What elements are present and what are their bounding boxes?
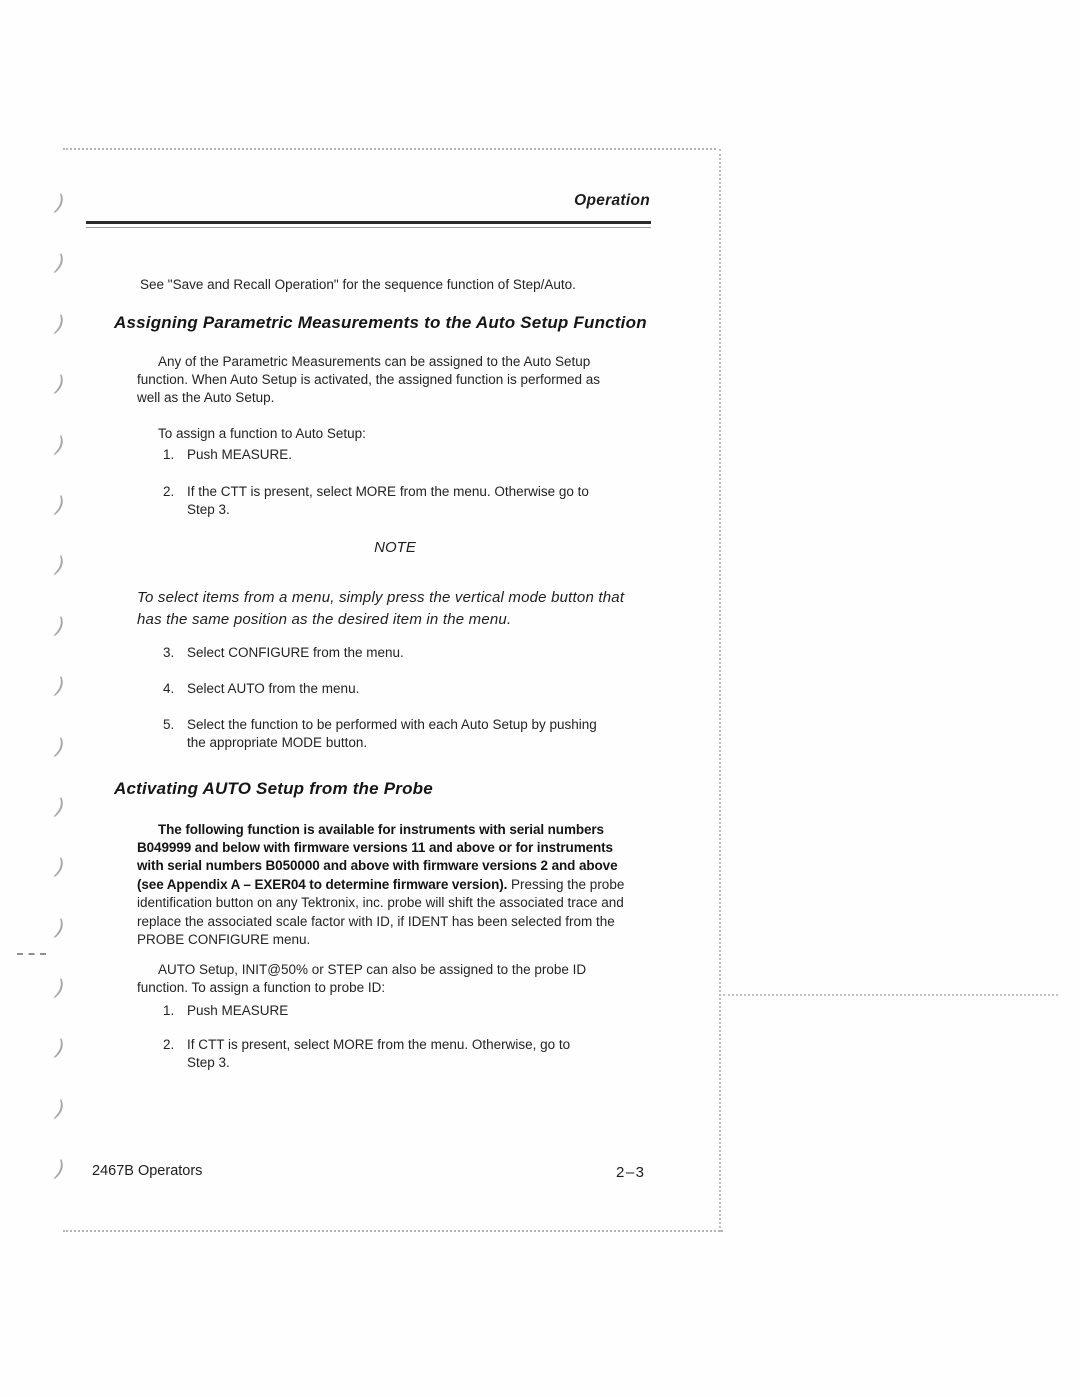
list-item-number: 3. — [163, 644, 187, 662]
scan-artifact-mark: ) — [55, 433, 78, 460]
list-item-number: 2. — [163, 1036, 187, 1054]
scan-artifact-mark: ) — [55, 251, 78, 278]
list-item-number: 2. — [163, 483, 187, 501]
list-item-number: 1. — [163, 1002, 187, 1020]
list-item-text: Push MEASURE. — [187, 446, 665, 464]
section1-lead-in: To assign a function to Auto Setup: — [158, 425, 638, 443]
list-item-text: Push MEASURE — [187, 1002, 665, 1020]
scan-artifact-mark: ) — [55, 916, 78, 943]
section1-paragraph: Any of the Parametric Measurements can b… — [137, 353, 677, 408]
scan-artifact-mark: ) — [55, 795, 78, 822]
scan-artifact-mark: ) — [55, 493, 78, 520]
scan-artifact-mark: ) — [55, 855, 78, 882]
list-item: 5.Select the function to be performed wi… — [163, 716, 665, 751]
list-item-text: Select the function to be performed with… — [187, 716, 665, 751]
scan-artifact-dash — [17, 953, 46, 955]
page-header-title: Operation — [86, 192, 650, 210]
list-item: 2.If CTT is present, select MORE from th… — [163, 1036, 665, 1071]
list-item-number: 5. — [163, 716, 187, 734]
footer-document-title: 2467B Operators — [92, 1163, 202, 1179]
section2-paragraph-serial-numbers: The following function is available for … — [137, 821, 697, 950]
list-item-number: 4. — [163, 680, 187, 698]
list-item: 1.Push MEASURE. — [163, 446, 665, 464]
scan-artifact-mark: ) — [55, 614, 78, 641]
list-item: 2.If the CTT is present, select MORE fro… — [163, 483, 665, 518]
list-item-text: If the CTT is present, select MORE from … — [187, 483, 665, 518]
footer-page-number: 2–3 — [616, 1164, 646, 1181]
note-label: NOTE — [137, 539, 653, 556]
list-item-text: Select AUTO from the menu. — [187, 680, 665, 698]
scan-artifact-mark: ) — [55, 1157, 78, 1184]
section1-heading: Assigning Parametric Measurements to the… — [114, 313, 674, 333]
scan-artifact-mark: ) — [55, 976, 78, 1003]
scan-artifact-mark: ) — [55, 674, 78, 701]
scan-artifact-mark: ) — [55, 735, 78, 762]
scan-artifact-mark: ) — [55, 1097, 78, 1124]
scan-artifact-mark: ) — [55, 312, 78, 339]
scan-artifact-mark: ) — [55, 1036, 78, 1063]
scan-artifact-mark: ) — [55, 553, 78, 580]
list-item: 1.Push MEASURE — [163, 1002, 665, 1020]
scan-artifact-mark: ) — [55, 191, 78, 218]
section2-heading: Activating AUTO Setup from the Probe — [114, 779, 674, 799]
scanned-manual-page: ) ) ) ) ) ) ) ) ) ) ) ) ) ) ) ) ) Operat… — [0, 0, 1080, 1397]
list-item: 4.Select AUTO from the menu. — [163, 680, 665, 698]
intro-paragraph: See "Save and Recall Operation" for the … — [140, 276, 660, 294]
scan-border-bottom — [63, 1230, 723, 1232]
section2-paragraph-probe-id: AUTO Setup, INIT@50% or STEP can also be… — [137, 961, 657, 998]
list-item-number: 1. — [163, 446, 187, 464]
scan-border-right — [719, 149, 721, 1232]
note-paragraph: To select items from a menu, simply pres… — [137, 587, 682, 631]
header-rule — [86, 221, 651, 228]
list-item-text: Select CONFIGURE from the menu. — [187, 644, 665, 662]
scan-line-right-margin — [723, 994, 1058, 996]
list-item-text: If CTT is present, select MORE from the … — [187, 1036, 665, 1071]
scan-artifact-mark: ) — [55, 372, 78, 399]
scan-border-top — [63, 148, 716, 150]
list-item: 3.Select CONFIGURE from the menu. — [163, 644, 665, 662]
